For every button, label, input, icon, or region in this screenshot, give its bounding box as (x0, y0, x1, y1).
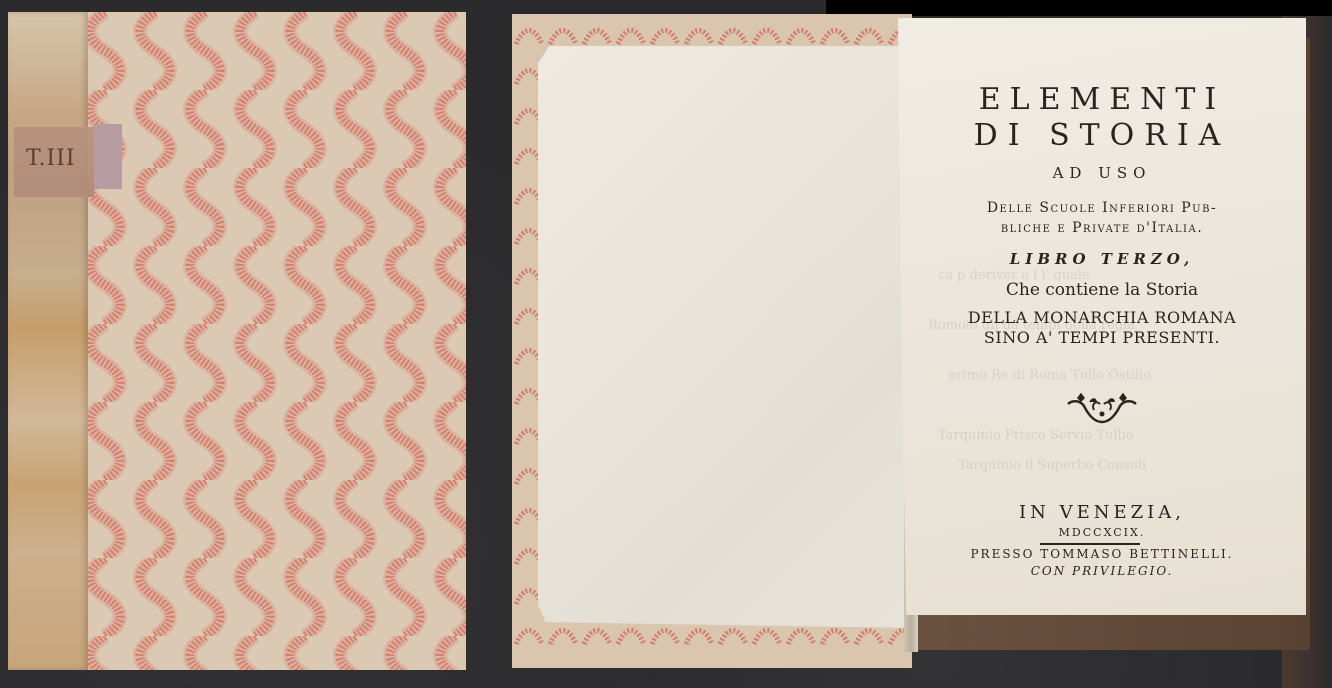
title-line-ad-uso: AD USO (898, 164, 1306, 182)
title-line-libro-terzo: LIBRO TERZO, (898, 250, 1306, 268)
imprint-privilege: CON PRIVILEGIO. (898, 564, 1306, 578)
book-spine (8, 12, 88, 670)
open-book: ca p deriver a l l' quale Romolo gli da … (512, 14, 1307, 668)
marbled-cover (80, 12, 466, 670)
spine-label-text: T.III (26, 146, 76, 171)
wave-pattern-icon (80, 12, 466, 670)
endpaper (538, 46, 914, 628)
title-line-scuole: Delle Scuole Inferiori Pub- (898, 200, 1306, 216)
imprint-printer: PRESSO TOMMASO BETTINELLI. (898, 547, 1306, 561)
title-line-contiene: Che contiene la Storia (898, 280, 1306, 300)
title-line-private: bliche e Private d'Italia. (898, 220, 1306, 236)
imprint-rule (1040, 543, 1140, 545)
imprint-place: IN VENEZIA, (898, 502, 1306, 523)
title-line-tempi: SINO A' TEMPI PRESENTI. (898, 328, 1306, 347)
floral-ornament-icon (1064, 392, 1140, 426)
spine-label-patch (94, 124, 122, 189)
title-line-monarchia: DELLA MONARCHIA ROMANA (898, 308, 1306, 327)
imprint-year: MDCCXCIX. (898, 526, 1306, 539)
title-line-di-storia: DI STORIA (898, 118, 1306, 153)
title-line-elementi: ELEMENTI (898, 82, 1306, 117)
closed-book: T.III (8, 12, 466, 670)
title-page: ca p deriver a l l' quale Romolo gli da … (898, 18, 1306, 615)
